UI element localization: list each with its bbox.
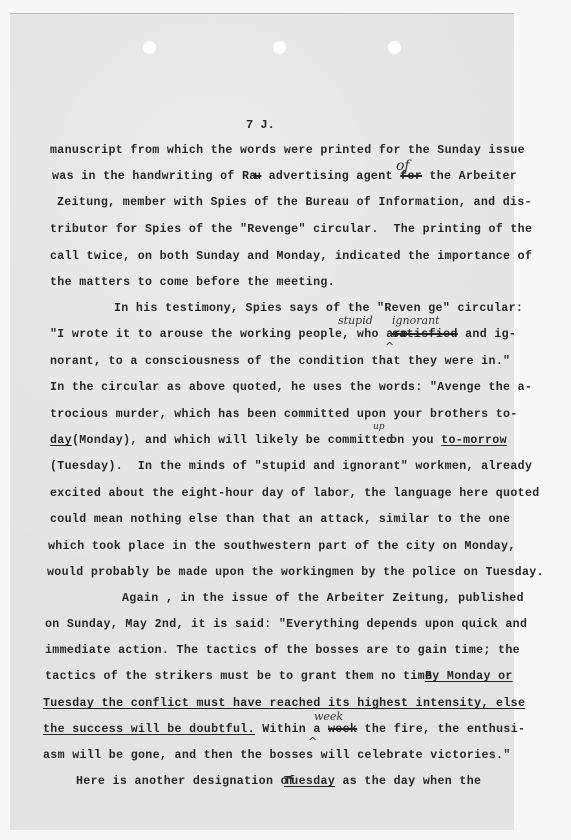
typed-line: Zeitung, member with Spies of the Bureau… [57,196,532,210]
typed-line: excited about the eight-hour day of labo… [50,487,540,501]
insertion-caret: ^ [385,340,394,353]
handwritten-insert-stupid: stupid [338,314,373,327]
line-12-tail: on you to-morrow [390,434,507,448]
insertion-caret: ^ [308,735,317,748]
typed-line: (Tuesday). In the minds of "stupid and i… [50,460,532,474]
handwritten-insert-of: of [396,158,410,174]
typed-line: on Sunday, May 2nd, it is said: "Everyth… [45,618,527,632]
line-8-tail: satisfied and ig- [392,328,516,342]
typed-line: "I wrote it to arouse the working people… [50,328,415,342]
typed-line: Here is another designation of [76,775,303,789]
typed-line: tactics of the strikers must be to grant… [45,670,454,684]
typed-line: the matters to come before the meeting. [50,276,335,290]
handwritten-insert-week: week [314,710,343,723]
handwritten-insert-upon: up [373,422,385,432]
handwritten-insert-ignorant: ignorant [392,314,440,327]
typed-line: call twice, on both Sunday and Monday, i… [50,250,532,264]
typed-line: trocious murder, which has been committe… [50,408,518,422]
underlined-text: Tuesday the conflict must have reached i… [43,697,525,711]
typed-line: was in the handwriting of Ra [52,170,257,184]
typed-line: would probably be made upon the workingm… [47,566,544,580]
typed-line: In the circular as above quoted, he uses… [50,381,532,395]
line-25-tail: Tuesday as the day when the [284,775,481,789]
punch-hole [273,41,286,54]
typed-line: which took place in the southwestern par… [48,540,516,554]
typed-line: tributor for Spies of the "Revenge" circ… [50,223,532,237]
typed-line: could mean nothing else than that an att… [50,513,510,527]
typed-line: asm will be gone, and then the bosses wi… [43,749,511,763]
punch-hole [143,41,156,54]
typed-line: manuscript from which the words were pri… [50,144,525,158]
typed-line: Again , in the issue of the Arbeiter Zei… [122,592,524,606]
underlined-text: By Monday or [425,670,513,684]
punch-hole [388,41,401,54]
line-2-tail: u advertising agent for the Arbeiter [254,170,517,184]
page-number: 7 J. [246,118,275,132]
struck-text: satisfied [392,328,458,341]
typed-line: In his testimony, Spies says of the "Rev… [114,302,523,316]
typed-line: immediate action. The tactics of the bos… [45,644,520,658]
line-12: day(Monday), and which will likely be co… [50,434,401,448]
typed-line: norant, to a consciousness of the condit… [50,355,510,369]
line-23: the success will be doubtful. Within a w… [43,723,525,737]
